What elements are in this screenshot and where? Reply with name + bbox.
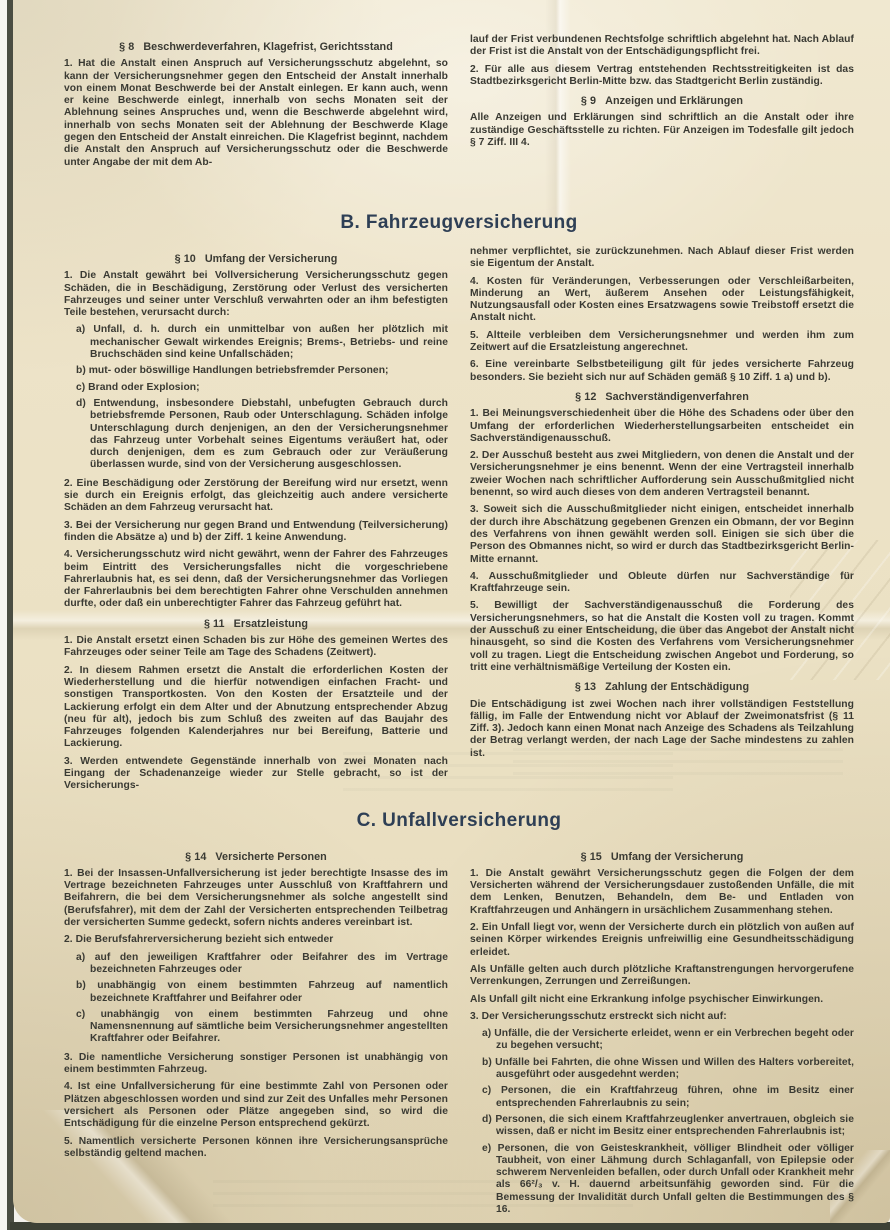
paragraph-s11-2: 2. In diesem Rahmen ersetzt die Anstalt … xyxy=(64,665,448,751)
paragraph-s15-1: 1. Die Anstalt gewährt Versicherungsschu… xyxy=(470,868,854,917)
section-c-column-right: § 15Umfang der Versicherung 1. Die Ansta… xyxy=(470,844,854,1221)
clause-8-heading: § 8Beschwerdeverfahren, Klagefrist, Geri… xyxy=(64,41,448,53)
paragraph-s10-4: 4. Versicherungsschutz wird nicht gewähr… xyxy=(64,549,448,610)
clause-13-title: Zahlung der Entschädigung xyxy=(605,681,749,693)
section-c-column-left: § 14Versicherte Personen 1. Bei der Insa… xyxy=(64,844,448,1221)
paragraph-s11-5: 5. Altteile verbleiben dem Versicherungs… xyxy=(470,330,854,355)
paragraph-s14-5: 5. Namentlich versicherte Personen könne… xyxy=(64,1136,448,1161)
paragraph-s10-2: 2. Eine Beschädigung oder Zerstörung der… xyxy=(64,478,448,515)
section-a: § 8Beschwerdeverfahren, Klagefrist, Geri… xyxy=(64,34,854,200)
paragraph-s14-4: 4. Ist eine Unfallversicherung für eine … xyxy=(64,1081,448,1130)
clause-15-title: Umfang der Versicherung xyxy=(611,851,744,863)
clause-10-title: Umfang der Versicherung xyxy=(205,253,338,265)
list-item-s15-a: a) Unfälle, die der Versicherte erleidet… xyxy=(470,1028,854,1053)
paragraph-s14-2: 2. Die Berufsfahrerversicherung bezieht … xyxy=(64,934,448,946)
paragraph-s14-3: 3. Die namentliche Versicherung sonstige… xyxy=(64,1052,448,1077)
paragraph-s8-1-continued: lauf der Frist verbundenen Rechtsfolge s… xyxy=(470,34,854,59)
paragraph-s12-5: 5. Bewilligt der Sachverständigenausschu… xyxy=(470,600,854,674)
clause-10-number: § 10 xyxy=(175,253,196,265)
scan-background-left xyxy=(0,0,7,1230)
paragraph-s11-1: 1. Die Anstalt ersetzt einen Schaden bis… xyxy=(64,635,448,660)
paragraph-s15-3: 3. Der Versicherungsschutz erstreckt sic… xyxy=(470,1011,854,1023)
clause-14-title: Versicherte Personen xyxy=(215,851,326,863)
clause-12-number: § 12 xyxy=(575,391,596,403)
list-item-s10-d: d) Entwendung, insbesondere Diebstahl, u… xyxy=(64,398,448,472)
section-a-column-left: § 8Beschwerdeverfahren, Klagefrist, Geri… xyxy=(64,34,448,200)
clause-13-heading: § 13Zahlung der Entschädigung xyxy=(470,681,854,693)
list-item-s10-a: a) Unfall, d. h. durch ein unmittelbar v… xyxy=(64,324,448,361)
clause-8-title: Beschwerdeverfahren, Klagefrist, Gericht… xyxy=(143,41,393,53)
paragraph-s12-3: 3. Soweit sich die Ausschußmitglieder ni… xyxy=(470,504,854,565)
paragraph-s12-4: 4. Ausschußmitglieder und Obleute dürfen… xyxy=(470,571,854,596)
document-content: § 8Beschwerdeverfahren, Klagefrist, Geri… xyxy=(64,34,854,1220)
list-item-s15-e: e) Personen, die von Geisteskrankheit, v… xyxy=(470,1143,854,1217)
scanned-document-photo: § 8Beschwerdeverfahren, Klagefrist, Geri… xyxy=(0,0,890,1230)
list-item-s15-d: d) Personen, die sich einem Kraftfahrzeu… xyxy=(470,1114,854,1139)
list-item-s10-c: c) Brand oder Explosion; xyxy=(64,382,448,394)
clause-10-heading: § 10Umfang der Versicherung xyxy=(64,253,448,265)
section-b-heading: B. Fahrzeugversicherung xyxy=(64,212,854,234)
paragraph-s11-4: 4. Kosten für Veränderungen, Verbesserun… xyxy=(470,276,854,325)
paragraph-s14-1: 1. Bei der Insassen-Unfallversicherung i… xyxy=(64,868,448,929)
clause-11-title: Ersatzleistung xyxy=(234,618,309,630)
list-item-s15-b: b) Unfälle bei Fahrten, die ohne Wissen … xyxy=(470,1057,854,1082)
clause-11-heading: § 11Ersatzleistung xyxy=(64,618,448,630)
clause-9-heading: § 9Anzeigen und Erklärungen xyxy=(470,95,854,107)
clause-11-number: § 11 xyxy=(204,618,225,630)
clause-15-heading: § 15Umfang der Versicherung xyxy=(470,851,854,863)
paragraph-s9-1: Alle Anzeigen und Erklärungen sind schri… xyxy=(470,112,854,149)
paragraph-s10-1: 1. Die Anstalt gewährt bei Vollversicher… xyxy=(64,270,448,319)
clause-12-heading: § 12Sachverständigenverfahren xyxy=(470,391,854,403)
section-b: § 10Umfang der Versicherung 1. Die Ansta… xyxy=(64,246,854,798)
paragraph-s13-1: Die Entschädigung ist zwei Wochen nach i… xyxy=(470,699,854,760)
paragraph-s15-2: 2. Ein Unfall liegt vor, wenn der Versic… xyxy=(470,922,854,959)
clause-12-title: Sachverständigenverfahren xyxy=(605,391,748,403)
list-item-s14-b: b) unabhängig von einem bestimmten Fahrz… xyxy=(64,980,448,1005)
paragraph-s11-3: 3. Werden entwendete Gegenstände innerha… xyxy=(64,756,448,793)
paragraph-s12-1: 1. Bei Meinungsverschiedenheit über die … xyxy=(470,408,854,445)
section-c-heading: C. Unfallversicherung xyxy=(64,810,854,832)
section-b-column-left: § 10Umfang der Versicherung 1. Die Ansta… xyxy=(64,246,448,798)
clause-14-heading: § 14Versicherte Personen xyxy=(64,851,448,863)
section-c: § 14Versicherte Personen 1. Bei der Insa… xyxy=(64,844,854,1221)
paragraph-s10-3: 3. Bei der Versicherung nur gegen Brand … xyxy=(64,520,448,545)
clause-14-number: § 14 xyxy=(185,851,206,863)
clause-13-number: § 13 xyxy=(575,681,596,693)
clause-9-title: Anzeigen und Erklärungen xyxy=(605,95,743,107)
section-a-column-right: lauf der Frist verbundenen Rechtsfolge s… xyxy=(470,34,854,200)
clause-15-number: § 15 xyxy=(581,851,602,863)
list-item-s15-c: c) Personen, die ein Kraftfahrzeug führe… xyxy=(470,1085,854,1110)
paragraph-s12-2: 2. Der Ausschuß besteht aus zwei Mitglie… xyxy=(470,450,854,499)
paragraph-s8-1: 1. Hat die Anstalt einen Anspruch auf Ve… xyxy=(64,58,448,169)
paragraph-s8-2: 2. Für alle aus diesem Vertrag entstehen… xyxy=(470,64,854,89)
paragraph-s15-2c: Als Unfall gilt nicht eine Erkrankung in… xyxy=(470,994,854,1006)
paragraph-s15-2b: Als Unfälle gelten auch durch plötzliche… xyxy=(470,964,854,989)
paragraph-s11-3-continued: nehmer verpflichtet, sie zurückzunehmen.… xyxy=(470,246,854,271)
clause-8-number: § 8 xyxy=(119,41,134,53)
list-item-s14-c: c) unabhängig von einem bestimmten Fahrz… xyxy=(64,1009,448,1046)
paragraph-s11-6: 6. Eine vereinbarte Selbstbeteiligung gi… xyxy=(470,359,854,384)
clause-9-number: § 9 xyxy=(581,95,596,107)
list-item-s10-b: b) mut- oder böswillige Handlungen betri… xyxy=(64,365,448,377)
scan-edge-bottom xyxy=(10,1222,890,1230)
section-b-column-right: nehmer verpflichtet, sie zurückzunehmen.… xyxy=(470,246,854,798)
list-item-s14-a: a) auf den jeweiligen Kraftfahrer oder B… xyxy=(64,952,448,977)
